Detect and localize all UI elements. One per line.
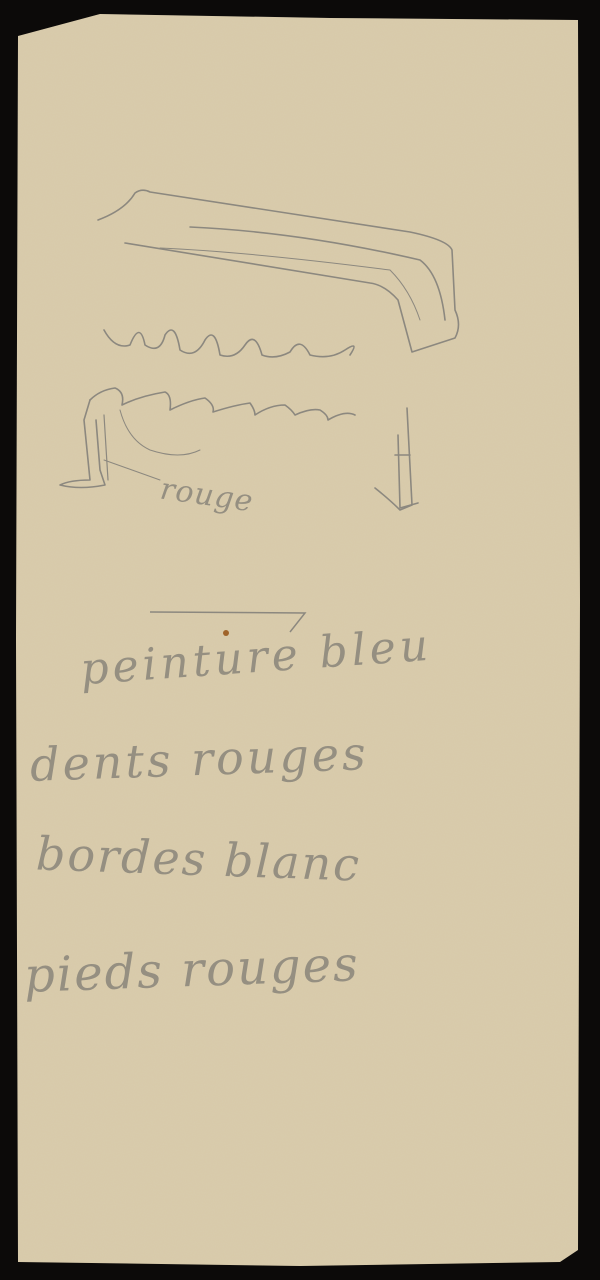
note-line-3: bordes blanc <box>35 826 362 891</box>
note-line-4: pieds rouges <box>23 936 360 1004</box>
